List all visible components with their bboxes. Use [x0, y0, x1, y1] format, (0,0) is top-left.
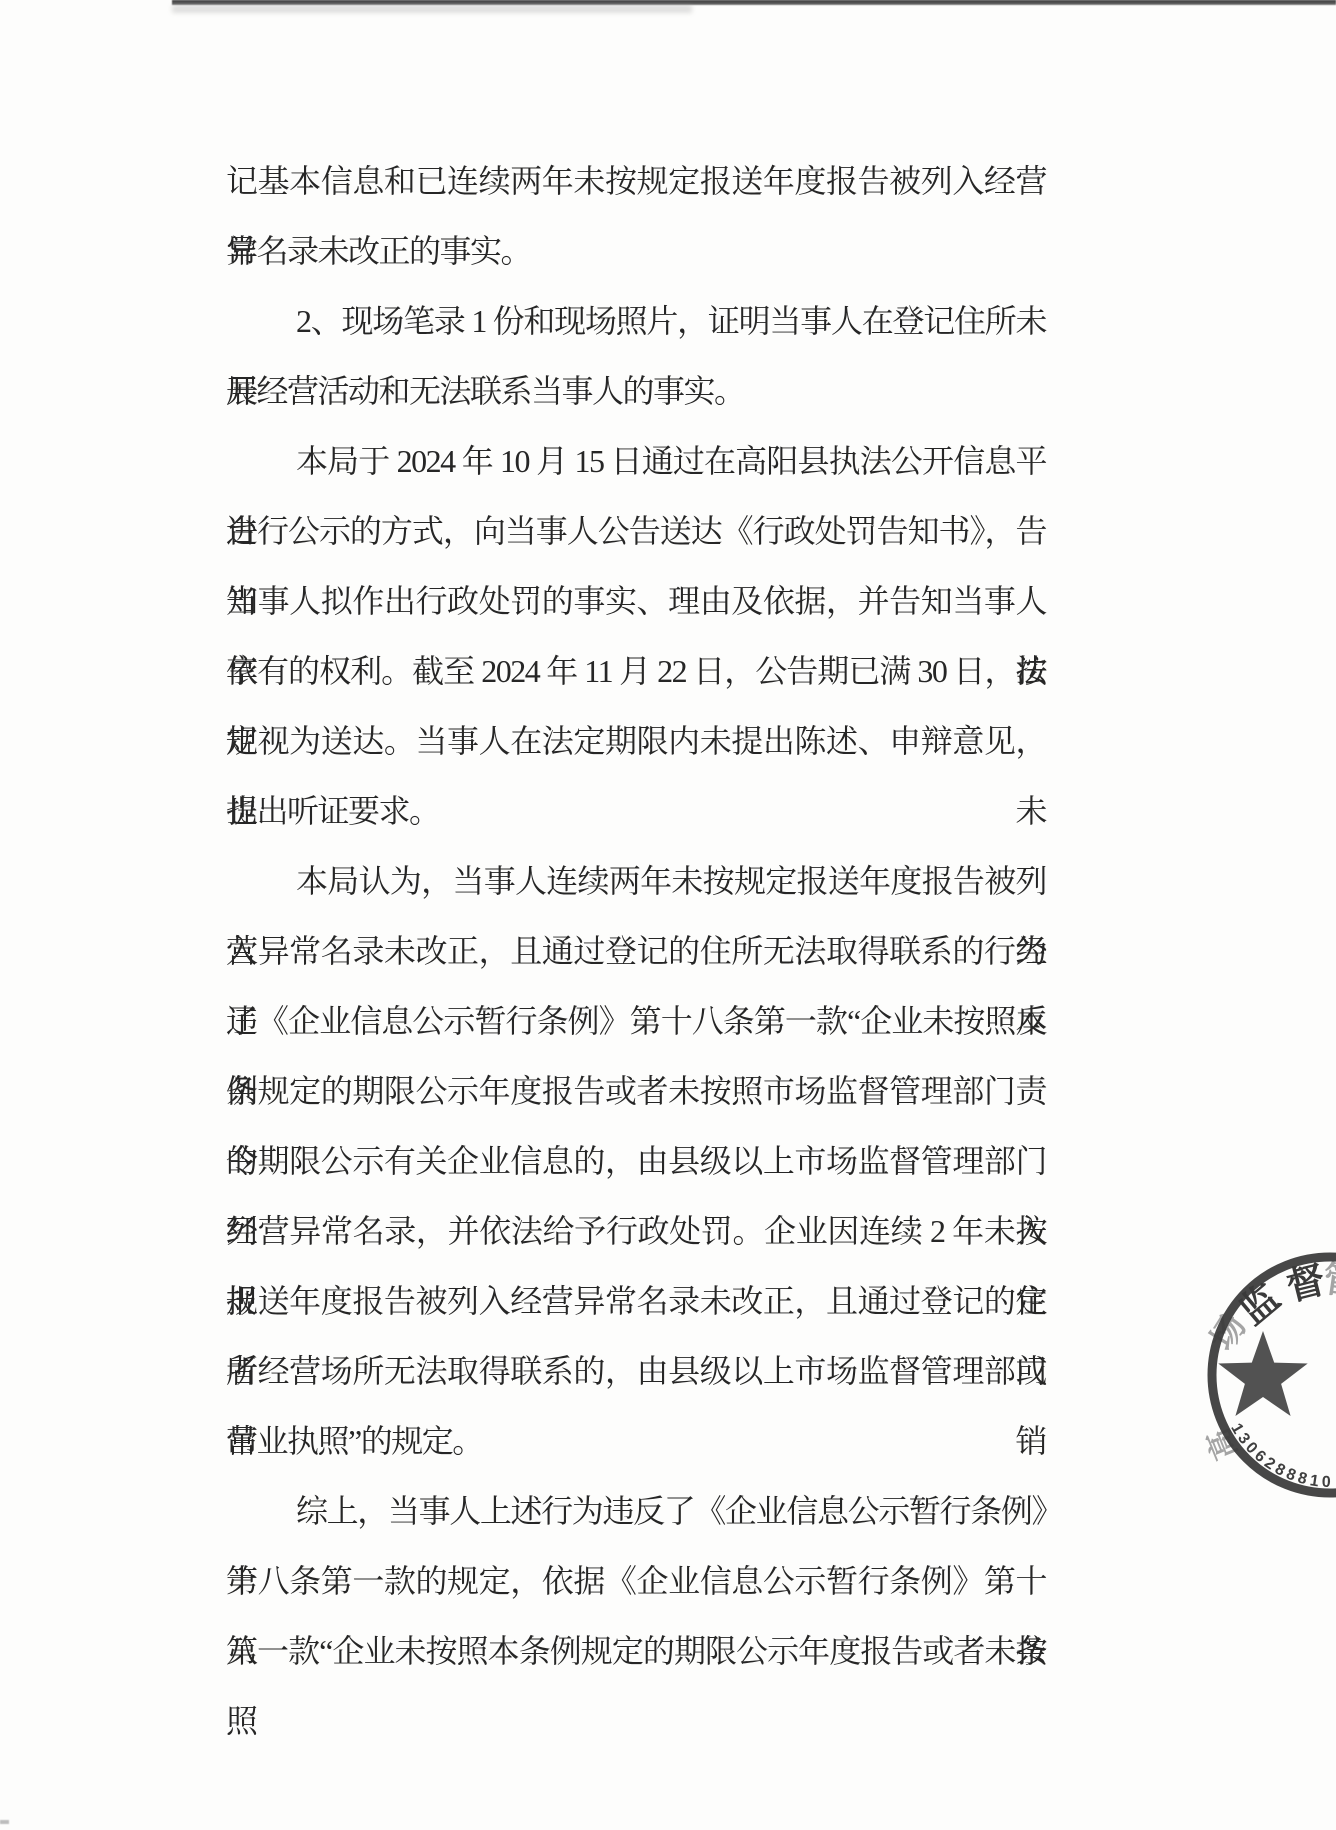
seal-code-digit: 8: [1296, 1469, 1309, 1488]
document-line: 2、现场笔录 1 份和现场照片，证明当事人在登记住所未开: [226, 286, 1046, 356]
document-line: 定视为送达。当事人在法定期限内未提出陈述、申辩意见，也未: [226, 706, 1046, 776]
document-line: 报送年度报告被列入经营异常名录未改正，且通过登记的住所或: [226, 1266, 1046, 1336]
document-line: 了《企业信息公示暂行条例》第十八条第一款“企业未按照本条: [226, 986, 1046, 1056]
document-line: 本局于 2024 年 10 月 15 日通过在高阳县执法公开信息平台: [226, 426, 1046, 496]
document-line: 者经营场所无法取得联系的，由县级以上市场监督管理部门吊销: [226, 1336, 1046, 1406]
seal-code-digit: 1: [1309, 1472, 1320, 1490]
document-line: 营异常名录未改正，且通过登记的住所无法取得联系的行为违反: [226, 916, 1046, 986]
document-line: 当事人拟作出行政处罚的事实、理由及依据，并告知当事人依法: [226, 566, 1046, 636]
document-line: 进行公示的方式，向当事人公告送达《行政处罚告知书》，告知: [226, 496, 1046, 566]
document-line: 本局认为，当事人连续两年未按规定报送年度报告被列入经: [226, 846, 1046, 916]
document-line: 例规定的期限公示年度报告或者未按照市场监督管理部门责令: [226, 1056, 1046, 1126]
document-line: 经营异常名录，并依法给予行政处罚。企业因连续 2 年未按规定: [226, 1196, 1046, 1266]
document-line: 展经营活动和无法联系当事人的事实。: [226, 356, 1046, 426]
scanned-document-page: 记基本信息和已连续两年未按规定报送年度报告被列入经营异常名录未改正的事实。2、现…: [0, 0, 1336, 1830]
document-line: 的期限公示有关企业信息的，由县级以上市场监督管理部门列入: [226, 1126, 1046, 1196]
document-line: 综上，当事人上述行为违反了《企业信息公示暂行条例》第: [226, 1476, 1046, 1546]
document-line: 第一款“企业未按照本条例规定的期限公示年度报告或者未按照: [226, 1616, 1046, 1686]
document-body: 记基本信息和已连续两年未按规定报送年度报告被列入经营异常名录未改正的事实。2、现…: [226, 146, 1046, 1686]
document-line: 享有的权利。截至 2024 年 11 月 22 日，公告期已满 30 日，按规: [226, 636, 1046, 706]
seal-code-digit: 0: [1322, 1474, 1332, 1491]
document-line: 十八条第一款的规定，依据《企业信息公示暂行条例》第十八条: [226, 1546, 1046, 1616]
scan-artifact-speck: [0, 1820, 9, 1824]
document-line: 记基本信息和已连续两年未按规定报送年度报告被列入经营异: [226, 146, 1046, 216]
scan-artifact-smudge: [172, 5, 692, 13]
official-seal: 监 督 场 管 高 1306288810: [1186, 1243, 1336, 1543]
seal-arc-char-partial: 管: [1320, 1259, 1336, 1304]
document-line: 常名录未改正的事实。: [226, 216, 1046, 286]
